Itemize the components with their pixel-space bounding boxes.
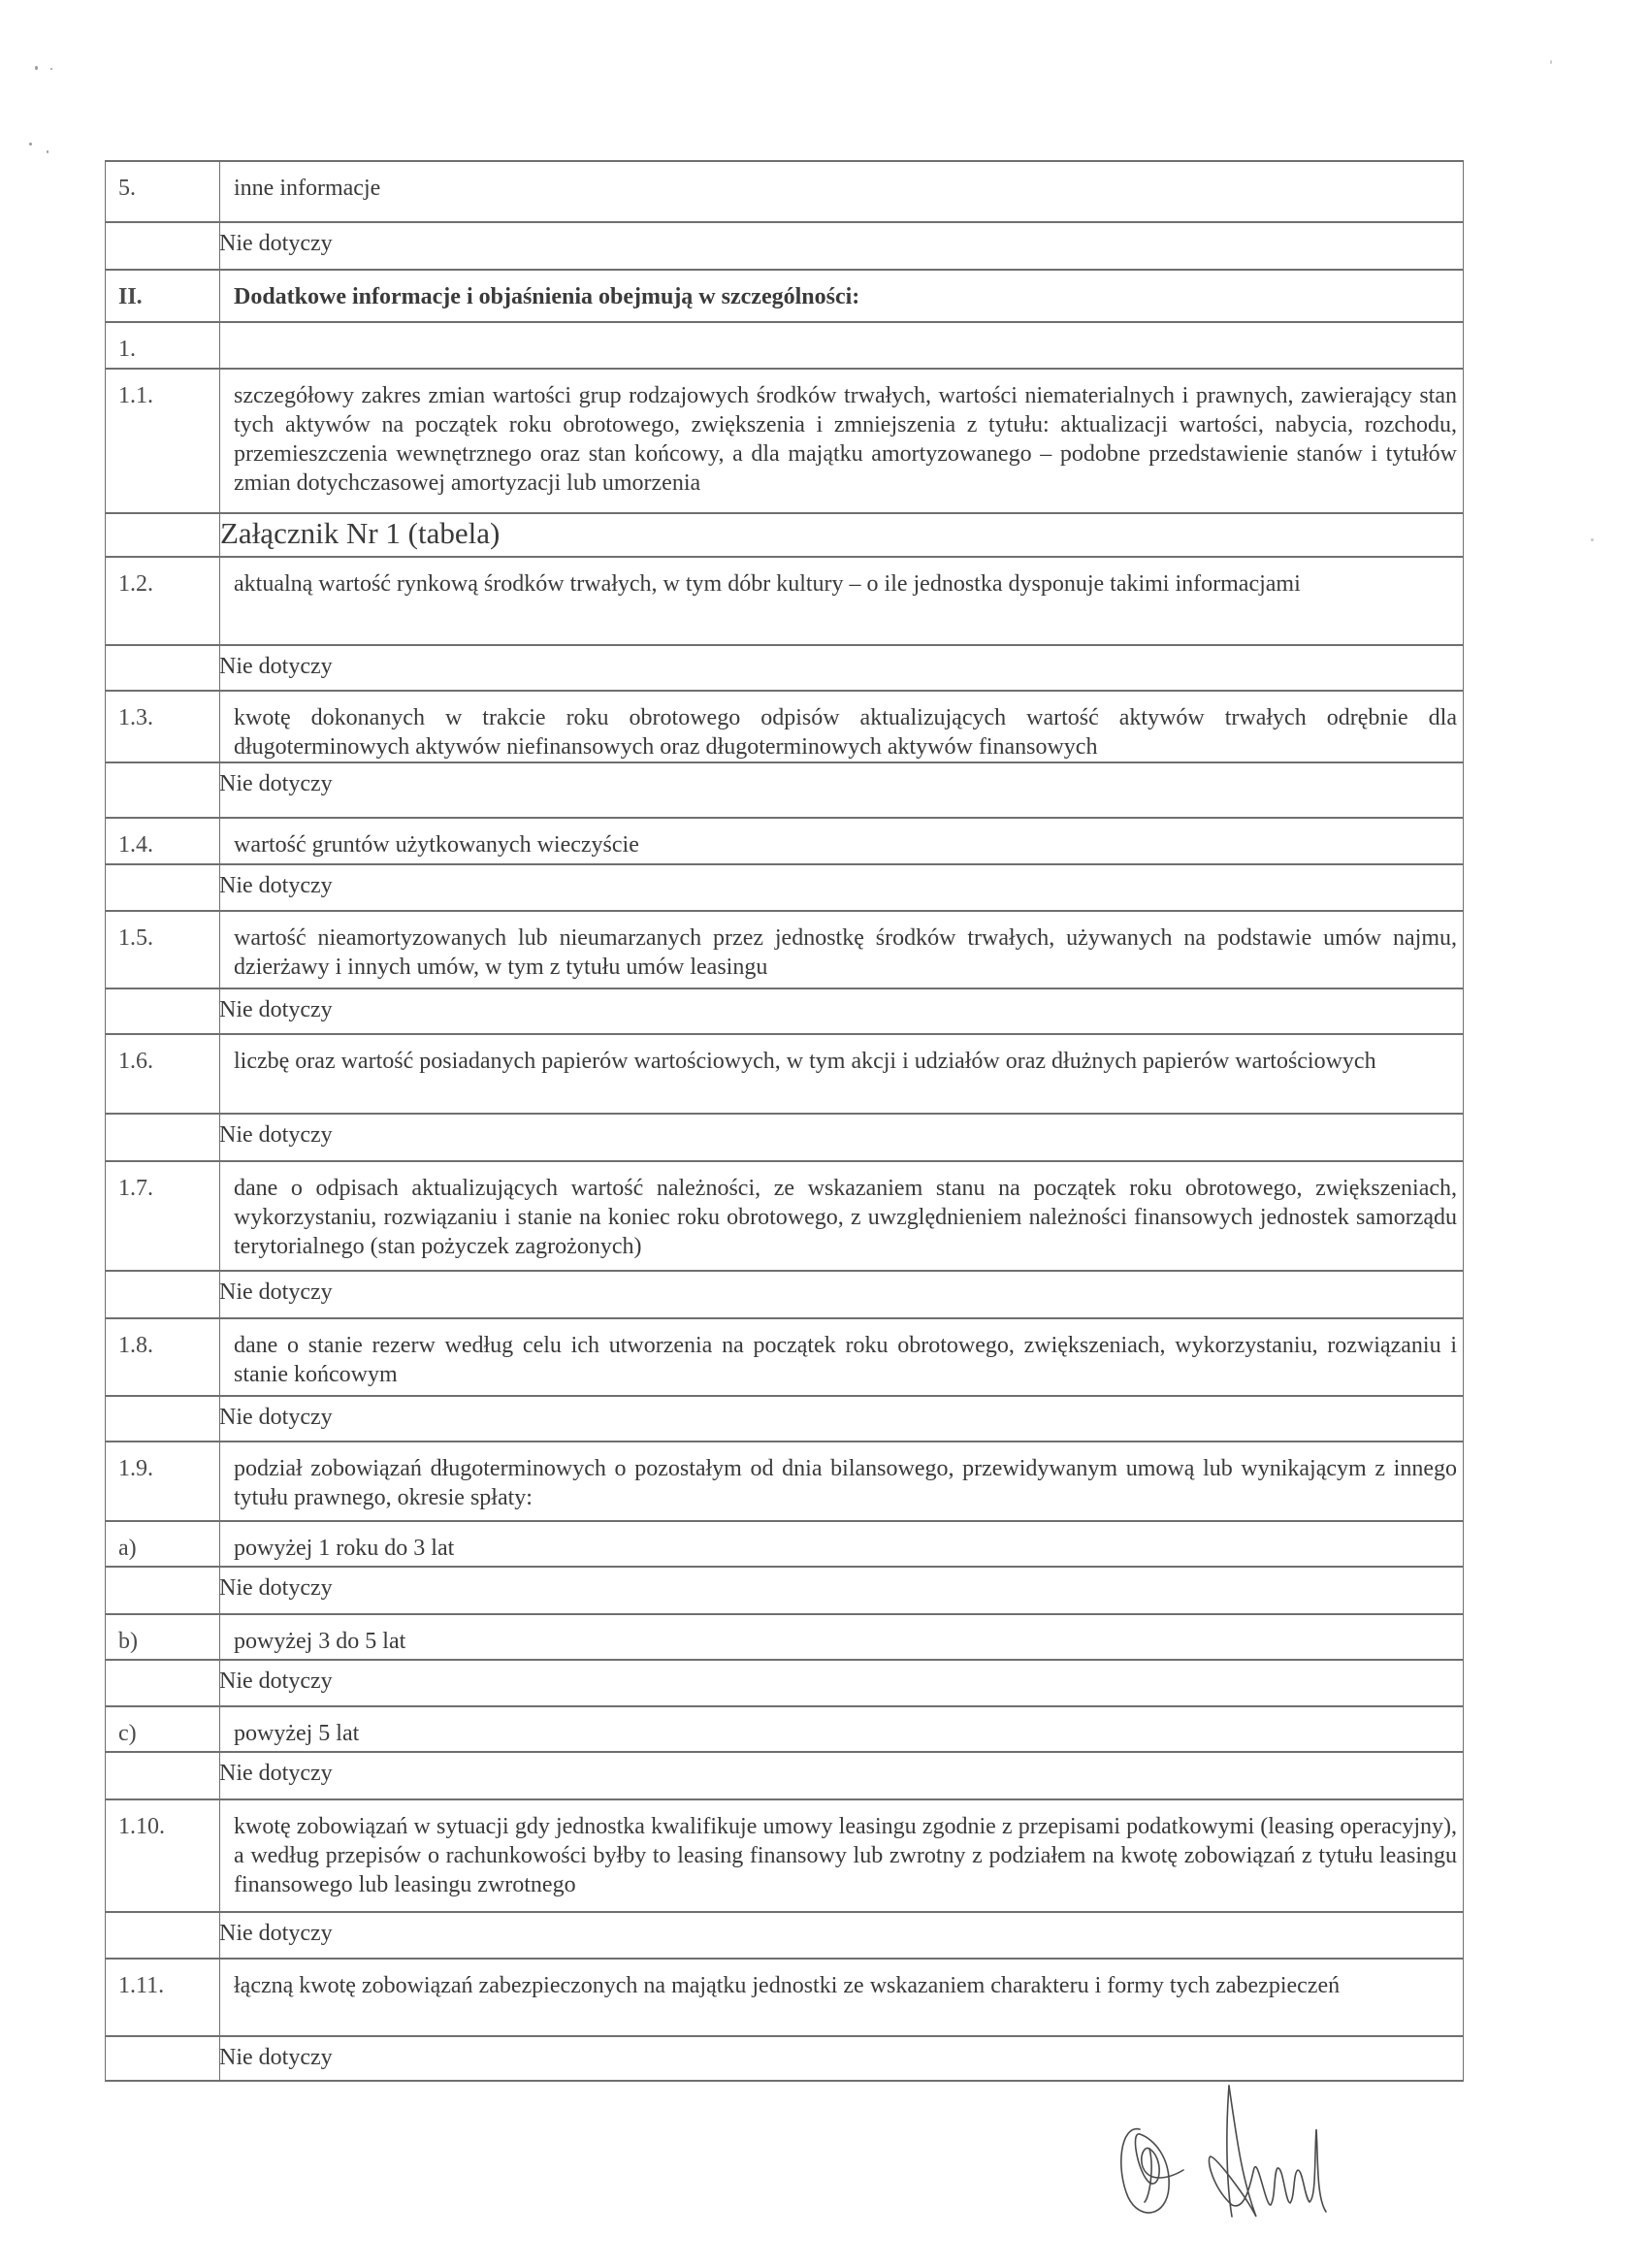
- not-applicable-note: Nie dotyczy: [220, 222, 1464, 270]
- not-applicable-text: Nie dotyczy: [220, 1759, 333, 1788]
- item-number: a): [106, 1521, 220, 1567]
- not-applicable-note: Nie dotyczy: [220, 762, 1464, 818]
- table-row: a)powyżej 1 roku do 3 lat: [106, 1521, 1464, 1567]
- item-number: c): [106, 1706, 220, 1752]
- table-row: 1.7.dane o odpisach aktualizujących wart…: [106, 1161, 1464, 1271]
- item-number: 1.2.: [106, 557, 220, 645]
- table-row: 1.2.aktualną wartość rynkową środków trw…: [106, 557, 1464, 645]
- item-number: [106, 1912, 220, 1959]
- scan-speck: [1591, 538, 1594, 541]
- item-number: 1.10.: [106, 1799, 220, 1912]
- not-applicable-row: Nie dotyczy: [106, 222, 1464, 270]
- not-applicable-row: Nie dotyczy: [106, 1396, 1464, 1442]
- item-number: [106, 988, 220, 1034]
- item-number: 1.7.: [106, 1161, 220, 1271]
- item-description: wartość gruntów użytkowanych wieczyście: [220, 818, 1464, 864]
- not-applicable-row: Nie dotyczy: [106, 1114, 1464, 1161]
- item-description: szczegółowy zakres zmian wartości grup r…: [220, 369, 1464, 513]
- table-row: 1.10.kwotę zobowiązań w sytuacji gdy jed…: [106, 1799, 1464, 1912]
- not-applicable-row: Nie dotyczy: [106, 1660, 1464, 1706]
- not-applicable-note: Nie dotyczy: [220, 864, 1464, 911]
- item-description: aktualną wartość rynkową środków trwałyc…: [220, 557, 1464, 645]
- item-number: [106, 222, 220, 270]
- not-applicable-row: Nie dotyczy: [106, 762, 1464, 818]
- scan-speck: [50, 68, 52, 70]
- not-applicable-text: Nie dotyczy: [220, 871, 333, 900]
- not-applicable-text: Nie dotyczy: [220, 1919, 333, 1948]
- table-row: b)powyżej 3 do 5 lat: [106, 1614, 1464, 1660]
- item-number: 1.1.: [106, 369, 220, 513]
- table-row: 5.inne informacje: [106, 161, 1464, 222]
- table-row: 1.11.łączną kwotę zobowiązań zabezpieczo…: [106, 1959, 1464, 2036]
- not-applicable-note: Nie dotyczy: [220, 988, 1464, 1034]
- not-applicable-note: Nie dotyczy: [220, 1271, 1464, 1318]
- not-applicable-note: Nie dotyczy: [220, 1660, 1464, 1706]
- item-description: dane o stanie rezerw według celu ich utw…: [220, 1318, 1464, 1396]
- annex-reference: Załącznik Nr 1 (tabela): [220, 513, 1464, 557]
- item-description: kwotę zobowiązań w sytuacji gdy jednostk…: [220, 1799, 1464, 1912]
- not-applicable-note: Nie dotyczy: [220, 1114, 1464, 1161]
- item-description: wartość nieamortyzowanych lub nieumarzan…: [220, 911, 1464, 988]
- table-row: c)powyżej 5 lat: [106, 1706, 1464, 1752]
- item-number: [106, 2036, 220, 2081]
- item-description: powyżej 3 do 5 lat: [220, 1614, 1464, 1660]
- not-applicable-text: Nie dotyczy: [220, 2043, 333, 2072]
- not-applicable-row: Nie dotyczy: [106, 1752, 1464, 1799]
- table-row: 1.: [106, 322, 1464, 369]
- not-applicable-note: Nie dotyczy: [220, 2036, 1464, 2081]
- table-row: 1.3.kwotę dokonanych w trakcie roku obro…: [106, 691, 1464, 762]
- table-row: 1.9.podział zobowiązań długoterminowych …: [106, 1442, 1464, 1521]
- annex-reference-text: Załącznik Nr 1 (tabela): [220, 516, 500, 550]
- item-description: dane o odpisach aktualizujących wartość …: [220, 1161, 1464, 1271]
- notes-table: 5.inne informacjeNie dotyczyII.Dodatkowe…: [105, 160, 1464, 2082]
- item-number: [106, 864, 220, 911]
- item-number: b): [106, 1614, 220, 1660]
- item-number: 1.4.: [106, 818, 220, 864]
- not-applicable-note: Nie dotyczy: [220, 645, 1464, 691]
- table-row: 1.1.szczegółowy zakres zmian wartości gr…: [106, 369, 1464, 513]
- item-number: 5.: [106, 161, 220, 222]
- item-number: II.: [106, 270, 220, 322]
- item-number: [106, 1114, 220, 1161]
- not-applicable-row: Nie dotyczy: [106, 1567, 1464, 1614]
- scan-speck: [1550, 60, 1552, 64]
- not-applicable-row: Nie dotyczy: [106, 1271, 1464, 1318]
- item-number: 1.6.: [106, 1034, 220, 1114]
- item-number: 1.3.: [106, 691, 220, 762]
- not-applicable-text: Nie dotyczy: [220, 1120, 333, 1150]
- table-row: Załącznik Nr 1 (tabela): [106, 513, 1464, 557]
- not-applicable-text: Nie dotyczy: [220, 995, 333, 1024]
- item-number: 1.5.: [106, 911, 220, 988]
- item-description: inne informacje: [220, 161, 1464, 222]
- item-number: 1.: [106, 322, 220, 369]
- table-row: 1.6.liczbę oraz wartość posiadanych papi…: [106, 1034, 1464, 1114]
- item-number: 1.8.: [106, 1318, 220, 1396]
- scan-speck: [35, 66, 38, 70]
- not-applicable-note: Nie dotyczy: [220, 1752, 1464, 1799]
- scan-speck: [47, 150, 48, 153]
- item-description: kwotę dokonanych w trakcie roku obrotowe…: [220, 691, 1464, 762]
- item-number: [106, 645, 220, 691]
- item-number: [106, 1396, 220, 1442]
- not-applicable-text: Nie dotyczy: [220, 652, 333, 681]
- item-description: [220, 322, 1464, 369]
- not-applicable-text: Nie dotyczy: [220, 229, 333, 258]
- not-applicable-text: Nie dotyczy: [220, 1403, 333, 1432]
- not-applicable-note: Nie dotyczy: [220, 1912, 1464, 1959]
- item-description: powyżej 5 lat: [220, 1706, 1464, 1752]
- table-row: 1.5.wartość nieamortyzowanych lub nieuma…: [106, 911, 1464, 988]
- section-heading: Dodatkowe informacje i objaśnienia obejm…: [220, 270, 1464, 322]
- section-heading-row: II.Dodatkowe informacje i objaśnienia ob…: [106, 270, 1464, 322]
- handwritten-signature-icon: [1111, 2081, 1363, 2226]
- scanned-page: 5.inne informacjeNie dotyczyII.Dodatkowe…: [0, 0, 1649, 2268]
- not-applicable-note: Nie dotyczy: [220, 1396, 1464, 1442]
- item-description: podział zobowiązań długoterminowych o po…: [220, 1442, 1464, 1521]
- not-applicable-text: Nie dotyczy: [220, 1573, 333, 1603]
- not-applicable-text: Nie dotyczy: [220, 1278, 333, 1307]
- scan-speck: [29, 143, 32, 146]
- item-number: [106, 1567, 220, 1614]
- item-number: [106, 1271, 220, 1318]
- not-applicable-row: Nie dotyczy: [106, 988, 1464, 1034]
- item-number: 1.11.: [106, 1959, 220, 2036]
- item-number: [106, 1752, 220, 1799]
- table-row: 1.8.dane o stanie rezerw według celu ich…: [106, 1318, 1464, 1396]
- item-number: [106, 513, 220, 557]
- item-number: [106, 1660, 220, 1706]
- not-applicable-row: Nie dotyczy: [106, 1912, 1464, 1959]
- item-description: łączną kwotę zobowiązań zabezpieczonych …: [220, 1959, 1464, 2036]
- not-applicable-row: Nie dotyczy: [106, 2036, 1464, 2081]
- not-applicable-text: Nie dotyczy: [220, 1667, 333, 1696]
- not-applicable-row: Nie dotyczy: [106, 645, 1464, 691]
- not-applicable-row: Nie dotyczy: [106, 864, 1464, 911]
- item-number: 1.9.: [106, 1442, 220, 1521]
- table-row: 1.4.wartość gruntów użytkowanych wieczyś…: [106, 818, 1464, 864]
- item-description: liczbę oraz wartość posiadanych papierów…: [220, 1034, 1464, 1114]
- item-description: powyżej 1 roku do 3 lat: [220, 1521, 1464, 1567]
- not-applicable-text: Nie dotyczy: [220, 769, 333, 798]
- item-number: [106, 762, 220, 818]
- not-applicable-note: Nie dotyczy: [220, 1567, 1464, 1614]
